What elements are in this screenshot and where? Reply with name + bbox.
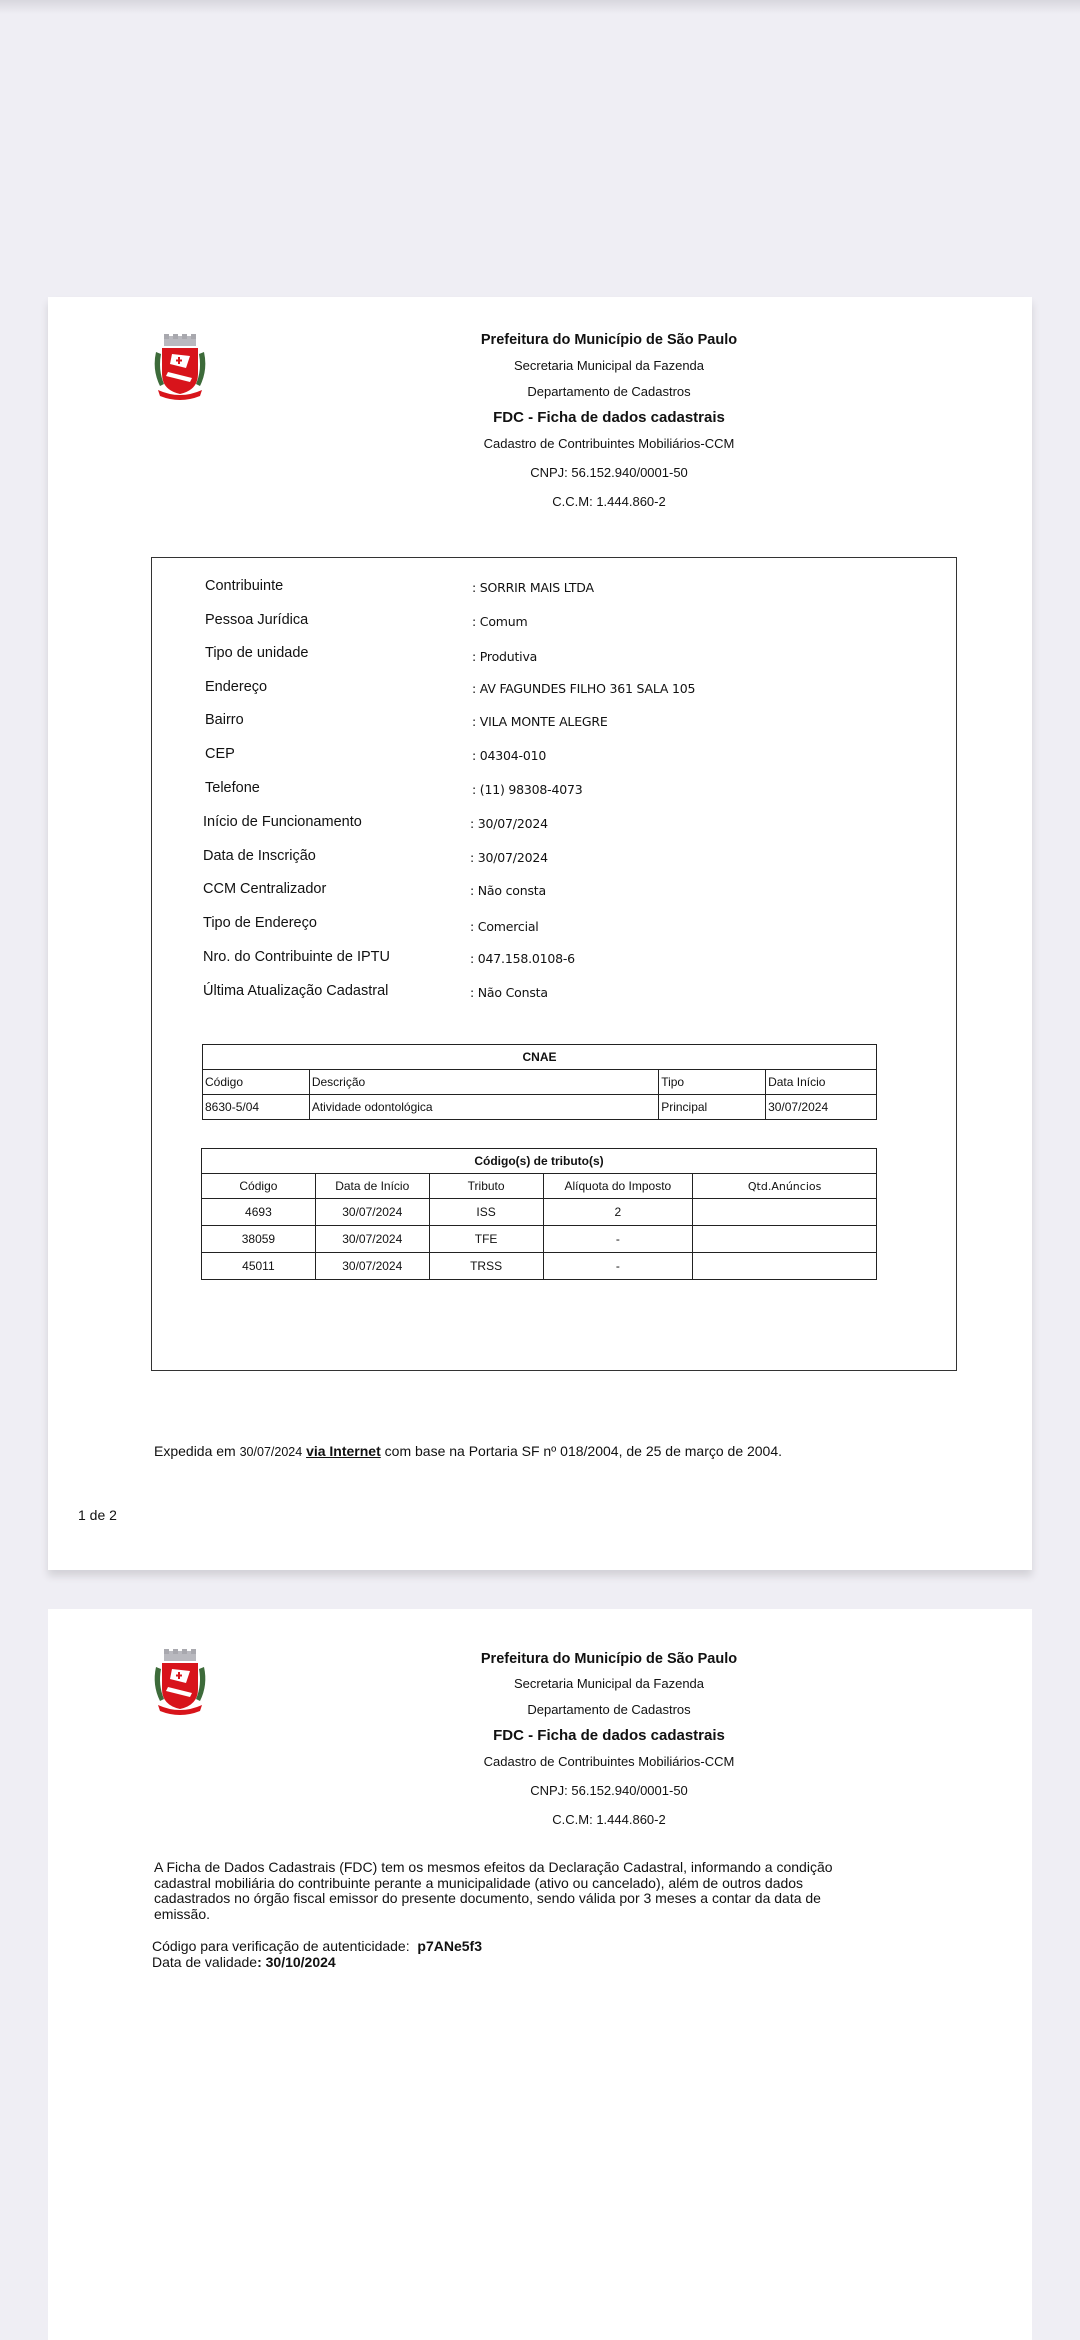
issuance-prefix: Expedida em — [154, 1443, 236, 1459]
field-value: : 30/07/2024 — [470, 850, 548, 865]
cnae-cell: 8630-5/04 — [203, 1095, 310, 1120]
tributo-cell: 2 — [543, 1199, 693, 1226]
sao-paulo-coat-of-arms-icon — [152, 1649, 208, 1717]
field-label: Endereço — [205, 679, 267, 695]
field-label: Nro. do Contribuinte de IPTU — [203, 949, 390, 965]
tributos-column-header: Data de Início — [315, 1174, 429, 1199]
field-value: : Não Consta — [470, 985, 548, 1000]
field-label: Data de Inscrição — [203, 848, 316, 864]
header-cadastro: Cadastro de Contribuintes Mobiliários-CC… — [384, 436, 834, 451]
header-departamento: Departamento de Cadastros — [384, 1702, 834, 1717]
verification-code-line: Código para verificação de autenticidade… — [152, 1938, 482, 1954]
field-value: : Comum — [472, 614, 527, 629]
field-value: : Não consta — [470, 883, 546, 898]
field-label: Tipo de unidade — [205, 645, 308, 661]
tributos-table: Código(s) de tributo(s) CódigoData de In… — [201, 1148, 877, 1280]
cnae-column-header: Descrição — [309, 1070, 658, 1095]
field-value: : 047.158.0108-6 — [470, 951, 575, 966]
field-value: : (11) 98308-4073 — [472, 782, 583, 797]
tributo-row: 4501130/07/2024TRSS- — [202, 1253, 877, 1280]
fdc-validity-paragraph: A Ficha de Dados Cadastrais (FDC) tem os… — [154, 1860, 874, 1922]
tributos-column-header: Alíquota do Imposto — [543, 1174, 693, 1199]
field-value: : Comercial — [470, 919, 539, 934]
cnae-cell: Atividade odontológica — [309, 1095, 658, 1120]
tributo-cell: TRSS — [429, 1253, 543, 1280]
issuance-suffix: com base na Portaria SF nº 018/2004, de … — [385, 1443, 782, 1459]
field-label: Contribuinte — [205, 578, 283, 594]
document-page-1: Prefeitura do Município de São Paulo Sec… — [48, 297, 1032, 1570]
field-label: CCM Centralizador — [203, 881, 326, 897]
field-value: : 30/07/2024 — [470, 816, 548, 831]
field-value: : 04304-010 — [472, 748, 546, 763]
tributos-column-header: Código — [202, 1174, 316, 1199]
tributo-cell: - — [543, 1226, 693, 1253]
registration-data-box: Contribuinte: SORRIR MAIS LTDAPessoa Jur… — [151, 557, 957, 1371]
tributo-row: 3805930/07/2024TFE- — [202, 1226, 877, 1253]
validity-line: Data de validade: 30/10/2024 — [152, 1954, 336, 1970]
status-shade — [0, 0, 1080, 14]
verification-label: Código para verificação de autenticidade… — [152, 1938, 410, 1954]
tributo-cell: - — [543, 1253, 693, 1280]
tributo-cell: ISS — [429, 1199, 543, 1226]
header-title: Prefeitura do Município de São Paulo — [384, 332, 834, 348]
cnae-column-header: Código — [203, 1070, 310, 1095]
cnae-cell: Principal — [659, 1095, 766, 1120]
validity-date: : 30/10/2024 — [257, 1954, 336, 1970]
header-cnpj: CNPJ: 56.152.940/0001-50 — [384, 465, 834, 480]
sao-paulo-coat-of-arms-icon — [152, 334, 208, 402]
tributos-column-header: Tributo — [429, 1174, 543, 1199]
field-value: : VILA MONTE ALEGRE — [472, 714, 608, 729]
tributo-cell: 4693 — [202, 1199, 316, 1226]
tributo-cell: TFE — [429, 1226, 543, 1253]
field-label: Última Atualização Cadastral — [203, 983, 388, 999]
cnae-column-header: Data Início — [766, 1070, 877, 1095]
tributo-cell: 30/07/2024 — [315, 1199, 429, 1226]
tributo-cell — [693, 1226, 877, 1253]
header-cadastro: Cadastro de Contribuintes Mobiliários-CC… — [384, 1754, 834, 1769]
cnae-cell: 30/07/2024 — [766, 1095, 877, 1120]
field-label: CEP — [205, 746, 235, 762]
field-label: Pessoa Jurídica — [205, 612, 308, 628]
field-label: Tipo de Endereço — [203, 915, 317, 931]
header-secretaria: Secretaria Municipal da Fazenda — [384, 358, 834, 373]
header-departamento: Departamento de Cadastros — [384, 384, 834, 399]
tributo-cell: 30/07/2024 — [315, 1253, 429, 1280]
tributo-cell: 45011 — [202, 1253, 316, 1280]
field-value: : AV FAGUNDES FILHO 361 SALA 105 — [472, 681, 695, 696]
tributos-title: Código(s) de tributo(s) — [202, 1149, 877, 1174]
tributo-cell: 38059 — [202, 1226, 316, 1253]
header-ccm: C.C.M: 1.444.860-2 — [384, 1812, 834, 1827]
via-internet-text: via Internet — [306, 1443, 381, 1459]
cnae-row: 8630-5/04Atividade odontológicaPrincipal… — [203, 1095, 877, 1120]
tributo-cell: 30/07/2024 — [315, 1226, 429, 1253]
verification-code: p7ANe5f3 — [417, 1938, 482, 1954]
issuance-note: Expedida em 30/07/2024 via Internet com … — [154, 1443, 782, 1459]
header-title: Prefeitura do Município de São Paulo — [384, 1651, 834, 1667]
document-title: FDC - Ficha de dados cadastrais — [384, 1727, 834, 1744]
page-number: 1 de 2 — [78, 1507, 117, 1523]
field-value: : SORRIR MAIS LTDA — [472, 580, 594, 595]
field-value: : Produtiva — [472, 649, 537, 664]
header-ccm: C.C.M: 1.444.860-2 — [384, 494, 834, 509]
field-label: Início de Funcionamento — [203, 814, 362, 830]
issuance-date: 30/07/2024 — [240, 1445, 303, 1459]
cnae-table: CNAE CódigoDescriçãoTipoData Início 8630… — [202, 1044, 877, 1120]
header-cnpj: CNPJ: 56.152.940/0001-50 — [384, 1783, 834, 1798]
cnae-title: CNAE — [203, 1045, 877, 1070]
field-label: Bairro — [205, 712, 244, 728]
tributo-cell — [693, 1199, 877, 1226]
tributo-cell — [693, 1253, 877, 1280]
validity-label: Data de validade — [152, 1954, 257, 1970]
tributo-row: 469330/07/2024ISS2 — [202, 1199, 877, 1226]
document-page-2: Prefeitura do Município de São Paulo Sec… — [48, 1609, 1032, 2340]
cnae-column-header: Tipo — [659, 1070, 766, 1095]
document-title: FDC - Ficha de dados cadastrais — [384, 409, 834, 426]
field-label: Telefone — [205, 780, 260, 796]
header-secretaria: Secretaria Municipal da Fazenda — [384, 1676, 834, 1691]
tributos-column-header: Qtd.Anúncios — [693, 1174, 877, 1199]
